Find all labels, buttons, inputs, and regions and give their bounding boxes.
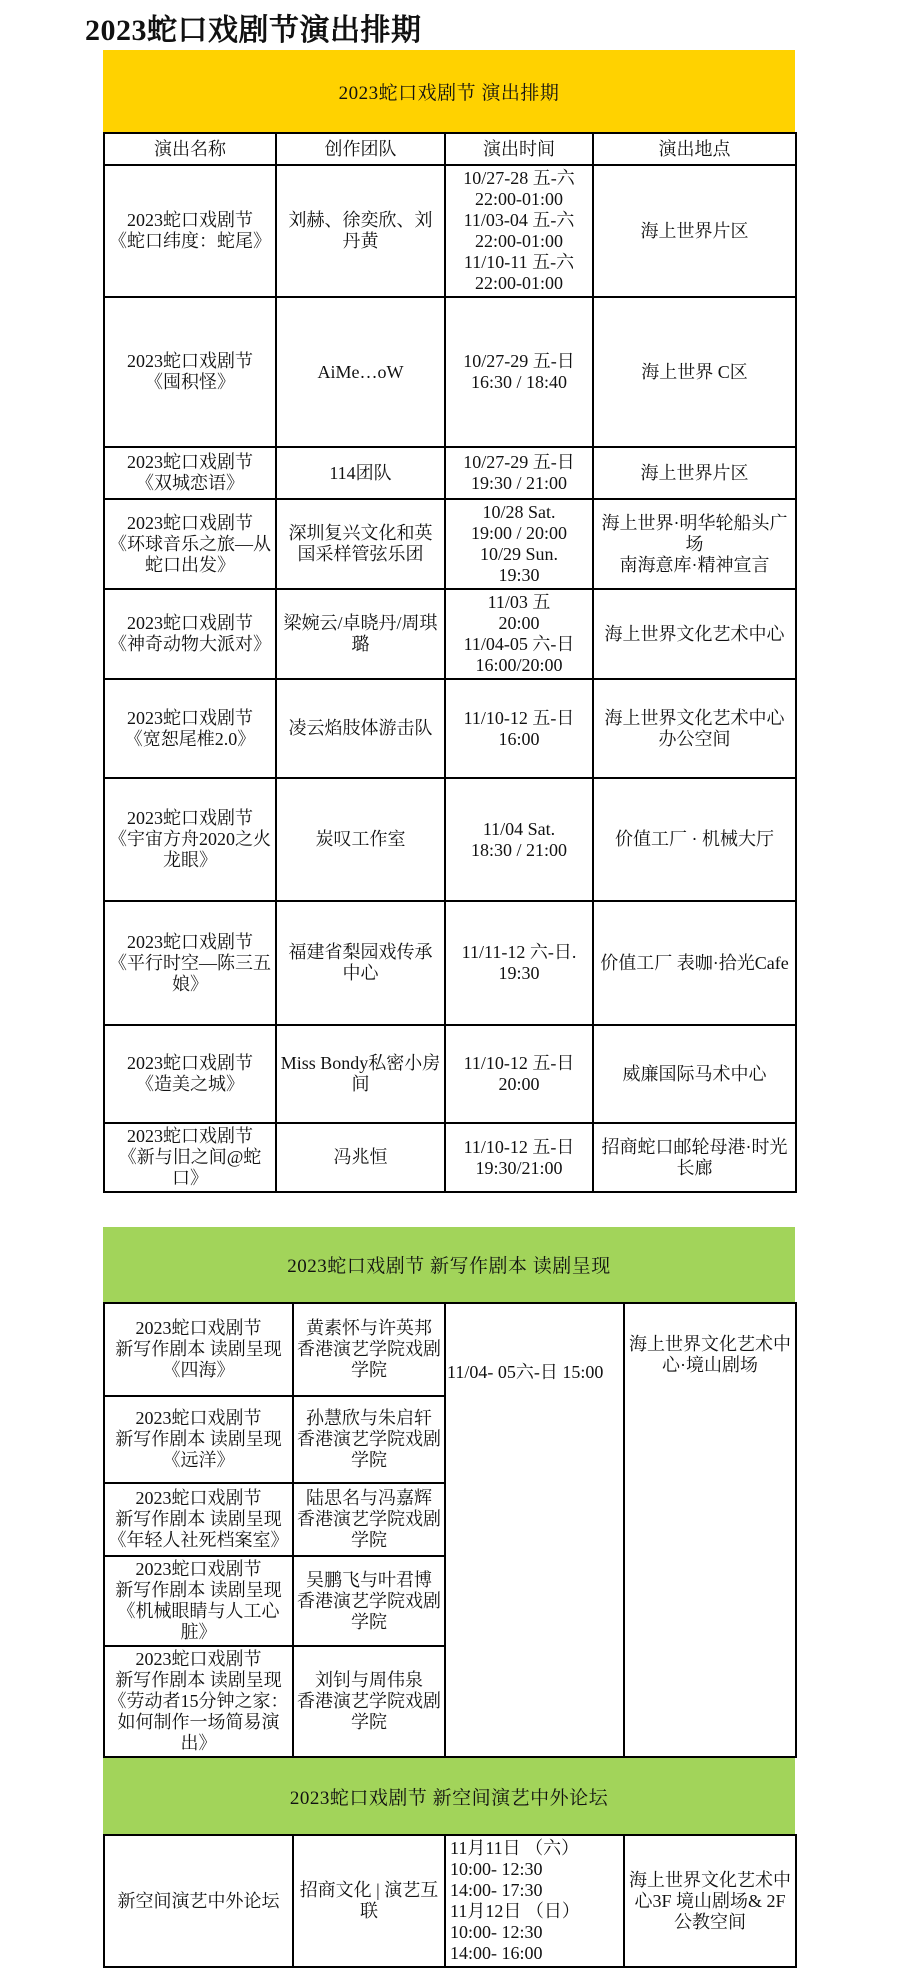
schedule-header-name: 演出名称 — [104, 133, 276, 165]
reading-cell-name: 2023蛇口戏剧节 新写作剧本 读剧呈现 《机械眼睛与人工心脏》 — [104, 1556, 293, 1646]
reading-cell-name: 2023蛇口戏剧节 新写作剧本 读剧呈现 《四海》 — [104, 1303, 293, 1396]
schedule-cell-venue: 海上世界片区 — [593, 165, 796, 297]
schedule-row: 2023蛇口戏剧节 《宽恕尾椎2.0》凌云焰肢体游击队11/10-12 五-日 … — [104, 679, 796, 778]
schedule-cell-name: 2023蛇口戏剧节 《神奇动物大派对》 — [104, 589, 276, 679]
schedule-row: 2023蛇口戏剧节 《新与旧之间@蛇口》冯兆恒11/10-12 五-日 19:3… — [104, 1123, 796, 1192]
forum-banner: 2023蛇口戏剧节 新空间演艺中外论坛 — [103, 1758, 795, 1834]
document-page: 2023蛇口戏剧节演出排期 2023蛇口戏剧节 演出排期 演出名称 创作团队 演… — [103, 14, 795, 1968]
schedule-table: 演出名称 创作团队 演出时间 演出地点 2023蛇口戏剧节 《蛇口纬度：蛇尾》刘… — [103, 132, 797, 1193]
schedule-cell-name: 2023蛇口戏剧节 《新与旧之间@蛇口》 — [104, 1123, 276, 1192]
reading-cell-team: 吴鹏飞与叶君博 香港演艺学院戏剧学院 — [293, 1556, 445, 1646]
schedule-header-row: 演出名称 创作团队 演出时间 演出地点 — [104, 133, 796, 165]
reading-cell-name: 2023蛇口戏剧节 新写作剧本 读剧呈现 《年轻人社死档案室》 — [104, 1483, 293, 1556]
reading-cell-team: 孙慧欣与朱启轩 香港演艺学院戏剧学院 — [293, 1396, 445, 1483]
schedule-row: 2023蛇口戏剧节 《环球音乐之旅—从蛇口出发》深圳复兴文化和英国采样管弦乐团1… — [104, 499, 796, 589]
page-title: 2023蛇口戏剧节演出排期 — [85, 14, 795, 48]
schedule-cell-name: 2023蛇口戏剧节 《平行时空—陈三五娘》 — [104, 901, 276, 1025]
schedule-cell-name: 2023蛇口戏剧节 《囤积怪》 — [104, 297, 276, 447]
schedule-cell-venue: 海上世界 C区 — [593, 297, 796, 447]
schedule-cell-venue: 威廉国际马术中心 — [593, 1025, 796, 1123]
schedule-cell-venue: 海上世界片区 — [593, 447, 796, 499]
schedule-cell-team: 114团队 — [276, 447, 445, 499]
schedule-cell-time: 10/28 Sat. 19:00 / 20:00 10/29 Sun. 19:3… — [445, 499, 593, 589]
schedule-cell-time: 11/10-12 五-日 19:30/21:00 — [445, 1123, 593, 1192]
schedule-row: 2023蛇口戏剧节 《宇宙方舟2020之火龙眼》炭叹工作室11/04 Sat. … — [104, 778, 796, 901]
schedule-cell-venue: 价值工厂 · 机械大厅 — [593, 778, 796, 901]
schedule-cell-time: 10/27-29 五-日 16:30 / 18:40 — [445, 297, 593, 447]
reading-cell-team: 刘钊与周伟泉 香港演艺学院戏剧学院 — [293, 1646, 445, 1757]
schedule-cell-venue: 价值工厂 表咖·拾光Cafe — [593, 901, 796, 1025]
schedule-cell-name: 2023蛇口戏剧节 《环球音乐之旅—从蛇口出发》 — [104, 499, 276, 589]
schedule-row: 2023蛇口戏剧节 《囤积怪》AiMe…oW10/27-29 五-日 16:30… — [104, 297, 796, 447]
schedule-cell-time: 11/10-12 五-日 16:00 — [445, 679, 593, 778]
reading-cell-team: 黄素怀与许英邦 香港演艺学院戏剧学院 — [293, 1303, 445, 1396]
schedule-cell-team: 炭叹工作室 — [276, 778, 445, 901]
schedule-cell-team: AiMe…oW — [276, 297, 445, 447]
schedule-row: 2023蛇口戏剧节 《双城恋语》114团队10/27-29 五-日 19:30 … — [104, 447, 796, 499]
reading-cell-time-merged: 11/04- 05六-日 15:00 — [445, 1303, 624, 1757]
schedule-cell-time: 11/04 Sat. 18:30 / 21:00 — [445, 778, 593, 901]
forum-row: 新空间演艺中外论坛招商文化 | 演艺互联11月11日 （六） 10:00- 12… — [104, 1835, 796, 1967]
schedule-header-team: 创作团队 — [276, 133, 445, 165]
schedule-cell-time: 11/10-12 五-日 20:00 — [445, 1025, 593, 1123]
reading-cell-name: 2023蛇口戏剧节 新写作剧本 读剧呈现 《劳动者15分钟之家：如何制作一场简易… — [104, 1646, 293, 1757]
schedule-cell-team: 深圳复兴文化和英国采样管弦乐团 — [276, 499, 445, 589]
schedule-cell-time: 11/03 五 20:00 11/04-05 六-日 16:00/20:00 — [445, 589, 593, 679]
forum-cell-name: 新空间演艺中外论坛 — [104, 1835, 293, 1967]
schedule-cell-time: 10/27-28 五-六 22:00-01:00 11/03-04 五-六 22… — [445, 165, 593, 297]
schedule-cell-time: 11/11-12 六-日. 19:30 — [445, 901, 593, 1025]
schedule-cell-venue: 招商蛇口邮轮母港·时光长廊 — [593, 1123, 796, 1192]
reading-cell-team: 陆思名与冯嘉辉 香港演艺学院戏剧学院 — [293, 1483, 445, 1556]
schedule-row: 2023蛇口戏剧节 《平行时空—陈三五娘》福建省梨园戏传承中心11/11-12 … — [104, 901, 796, 1025]
schedule-banner: 2023蛇口戏剧节 演出排期 — [103, 50, 795, 132]
schedule-cell-name: 2023蛇口戏剧节 《双城恋语》 — [104, 447, 276, 499]
schedule-cell-team: 刘赫、徐奕欣、刘丹黄 — [276, 165, 445, 297]
schedule-cell-team: 冯兆恒 — [276, 1123, 445, 1192]
schedule-cell-time: 10/27-29 五-日 19:30 / 21:00 — [445, 447, 593, 499]
reading-banner: 2023蛇口戏剧节 新写作剧本 读剧呈现 — [103, 1227, 795, 1302]
reading-cell-venue-merged: 海上世界文化艺术中心·境山剧场 — [624, 1303, 796, 1757]
reading-row: 2023蛇口戏剧节 新写作剧本 读剧呈现 《四海》黄素怀与许英邦 香港演艺学院戏… — [104, 1303, 796, 1396]
schedule-cell-name: 2023蛇口戏剧节 《造美之城》 — [104, 1025, 276, 1123]
reading-cell-name: 2023蛇口戏剧节 新写作剧本 读剧呈现 《远洋》 — [104, 1396, 293, 1483]
schedule-row: 2023蛇口戏剧节 《神奇动物大派对》梁婉云/卓晓丹/周琪璐11/03 五 20… — [104, 589, 796, 679]
forum-cell-venue: 海上世界文化艺术中心3F 境山剧场& 2F 公教空间 — [624, 1835, 796, 1967]
schedule-row: 2023蛇口戏剧节 《蛇口纬度：蛇尾》刘赫、徐奕欣、刘丹黄10/27-28 五-… — [104, 165, 796, 297]
schedule-header-time: 演出时间 — [445, 133, 593, 165]
schedule-cell-name: 2023蛇口戏剧节 《蛇口纬度：蛇尾》 — [104, 165, 276, 297]
schedule-cell-venue: 海上世界·明华轮船头广场 南海意库·精神宣言 — [593, 499, 796, 589]
forum-cell-time: 11月11日 （六） 10:00- 12:30 14:00- 17:30 11月… — [445, 1835, 624, 1967]
schedule-cell-venue: 海上世界文化艺术中心 办公空间 — [593, 679, 796, 778]
schedule-cell-venue: 海上世界文化艺术中心 — [593, 589, 796, 679]
forum-table: 新空间演艺中外论坛招商文化 | 演艺互联11月11日 （六） 10:00- 12… — [103, 1834, 797, 1968]
schedule-cell-team: 梁婉云/卓晓丹/周琪璐 — [276, 589, 445, 679]
schedule-row: 2023蛇口戏剧节 《造美之城》Miss Bondy私密小房间11/10-12 … — [104, 1025, 796, 1123]
schedule-cell-team: 凌云焰肢体游击队 — [276, 679, 445, 778]
schedule-cell-team: 福建省梨园戏传承中心 — [276, 901, 445, 1025]
reading-table: 2023蛇口戏剧节 新写作剧本 读剧呈现 《四海》黄素怀与许英邦 香港演艺学院戏… — [103, 1302, 797, 1758]
schedule-cell-team: Miss Bondy私密小房间 — [276, 1025, 445, 1123]
schedule-cell-name: 2023蛇口戏剧节 《宇宙方舟2020之火龙眼》 — [104, 778, 276, 901]
schedule-cell-name: 2023蛇口戏剧节 《宽恕尾椎2.0》 — [104, 679, 276, 778]
schedule-header-venue: 演出地点 — [593, 133, 796, 165]
forum-cell-team: 招商文化 | 演艺互联 — [293, 1835, 445, 1967]
